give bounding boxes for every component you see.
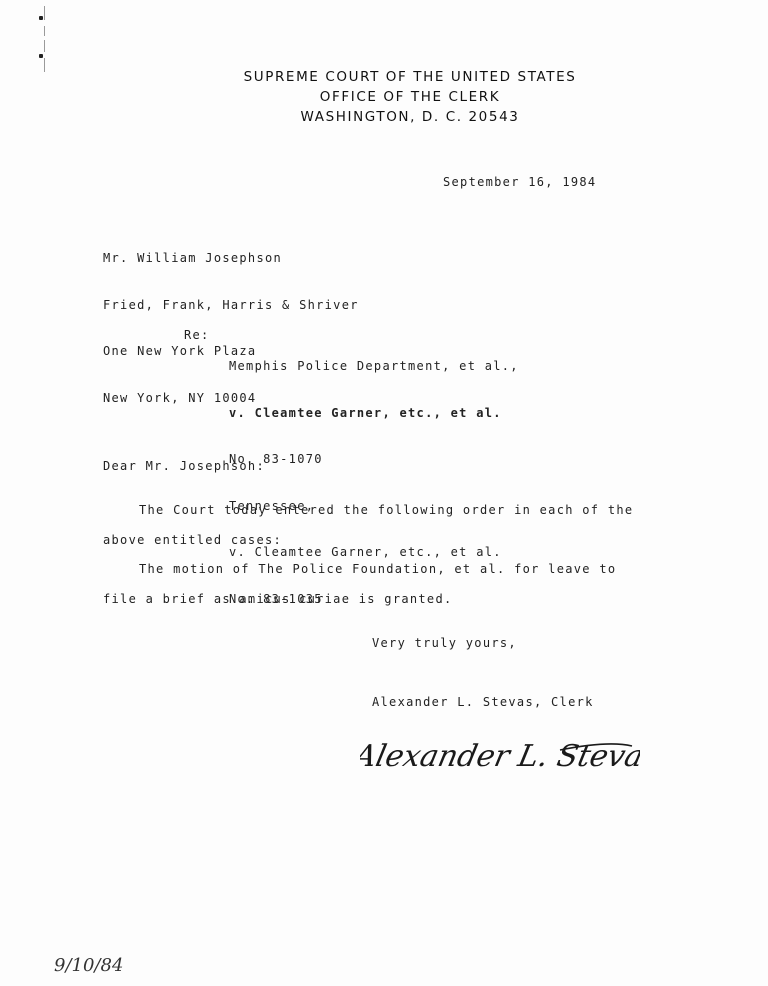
letter-page: SUPREME COURT OF THE UNITED STATES OFFIC… — [0, 0, 768, 986]
re-line: v. Cleamtee Garner, etc., et al. — [229, 545, 519, 561]
valediction: Very truly yours, — [372, 636, 517, 650]
recipient-name: Mr. William Josephson — [103, 251, 359, 267]
paragraph-1-line-2: above entitled cases: — [103, 533, 282, 547]
re-line: No. 83-1070 — [229, 452, 519, 468]
re-label: Re: — [184, 328, 210, 342]
letterhead-court: SUPREME COURT OF THE UNITED STATES — [200, 67, 620, 87]
letter-date: September 16, 1984 — [443, 175, 596, 189]
recipient-firm: Fried, Frank, Harris & Shriver — [103, 298, 359, 314]
svg-text:9/10/84: 9/10/84 — [54, 955, 123, 976]
letterhead-address: WASHINGTON, D. C. 20543 — [200, 107, 620, 127]
signature: Alexander L. Stevas — [360, 722, 640, 782]
paragraph-1-line-1: The Court today entered the following or… — [139, 503, 633, 517]
letterhead: SUPREME COURT OF THE UNITED STATES OFFIC… — [200, 67, 620, 127]
paragraph-2-line-2: file a brief as amicus curiae is granted… — [103, 592, 453, 606]
letterhead-office: OFFICE OF THE CLERK — [200, 87, 620, 107]
paragraph-2-line-1: The motion of The Police Foundation, et … — [139, 562, 616, 576]
salutation: Dear Mr. Josephson: — [103, 459, 265, 473]
signer-name: Alexander L. Stevas, Clerk — [372, 695, 594, 709]
re-line: Memphis Police Department, et al., — [229, 359, 519, 375]
handwritten-date: 9/10/84 — [52, 945, 142, 980]
re-line: v. Cleamtee Garner, etc., et al. — [229, 406, 519, 422]
margin-marks — [38, 6, 48, 76]
